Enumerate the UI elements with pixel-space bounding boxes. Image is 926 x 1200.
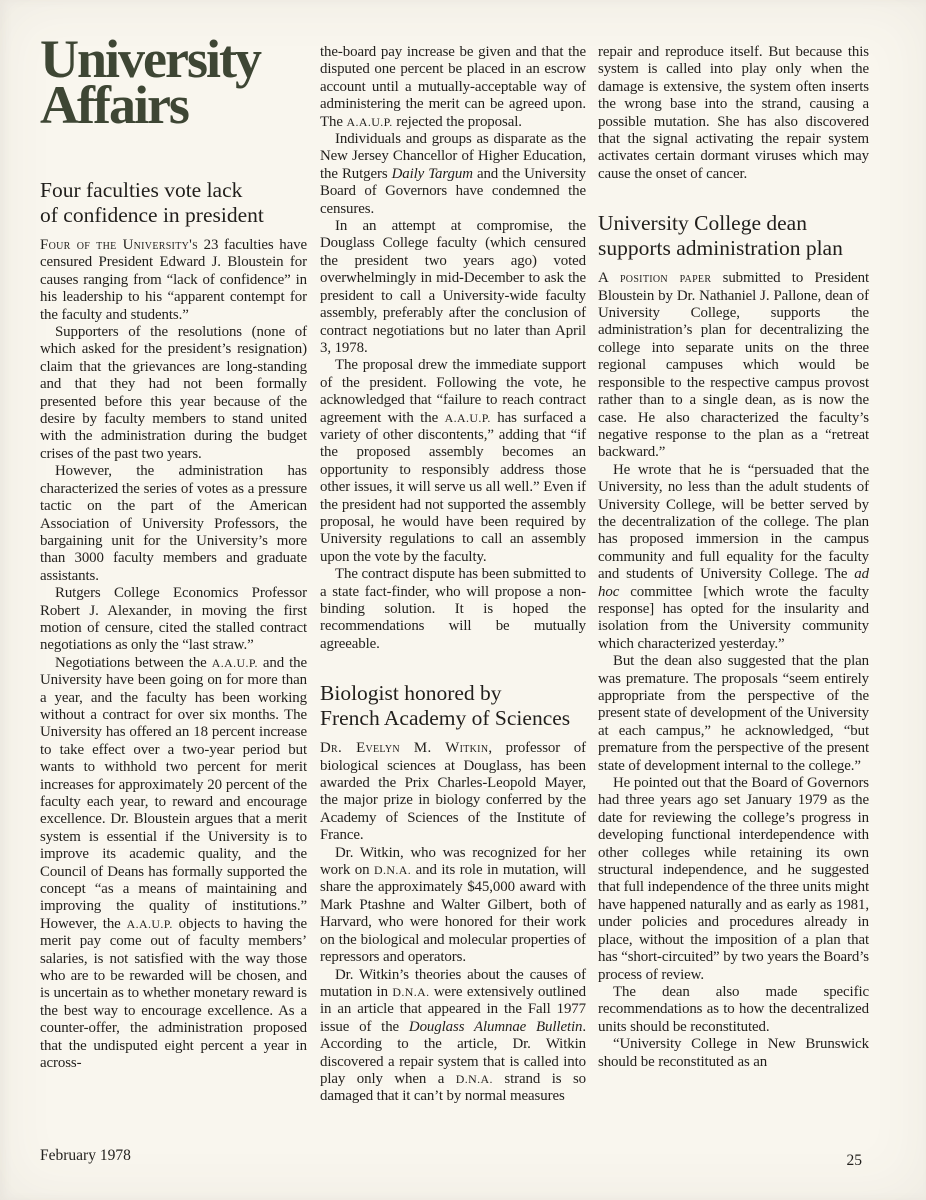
article-paragraph: Dr. Evelyn M. Witkin, professor of biolo… (320, 740, 586, 844)
footer-date: February 1978 (40, 1147, 131, 1165)
article-paragraph: Dr. Witkin’s theories about the causes o… (320, 967, 586, 1106)
article-paragraph: The proposal drew the immediate support … (320, 357, 586, 566)
article-paragraph: Rutgers College Economics Professor Robe… (40, 585, 307, 655)
column-2: the-board pay increase be given and that… (320, 44, 586, 1106)
page-number: 25 (847, 1152, 863, 1170)
magazine-page: University Affairs Four faculties vote l… (0, 0, 926, 1200)
article-paragraph: Dr. Witkin, who was recognized for her w… (320, 845, 586, 967)
article-paragraph: “University College in New Brunswick sho… (598, 1036, 869, 1071)
article-paragraph: the-board pay increase be given and that… (320, 44, 586, 131)
article-paragraph: But the dean also suggested that the pla… (598, 653, 869, 775)
article-paragraph: The dean also made specific recommendati… (598, 984, 869, 1036)
article-heading: University College deansupports administ… (598, 211, 869, 261)
column-1: Four faculties vote lackof confidence in… (40, 178, 307, 1073)
article-paragraph: repair and reproduce itself. But because… (598, 44, 869, 183)
column-3: repair and reproduce itself. But because… (598, 44, 869, 1071)
article-paragraph: However, the administration has characte… (40, 463, 307, 585)
article-heading: Biologist honored byFrench Academy of Sc… (320, 681, 586, 731)
masthead-title: University Affairs (40, 36, 260, 128)
article-paragraph: Four of the University's 23 faculties ha… (40, 237, 307, 324)
article-heading: Four faculties vote lackof confidence in… (40, 178, 307, 228)
article-paragraph: He pointed out that the Board of Governo… (598, 775, 869, 984)
article-paragraph: In an attempt at compromise, the Douglas… (320, 218, 586, 357)
article-paragraph: A position paper submitted to President … (598, 270, 869, 461)
article-paragraph: Supporters of the resolutions (none of w… (40, 324, 307, 463)
article-paragraph: Individuals and groups as disparate as t… (320, 131, 586, 218)
article-paragraph: The contract dispute has been submitted … (320, 566, 586, 653)
article-paragraph: Negotiations between the A.A.U.P. and th… (40, 655, 307, 1073)
article-paragraph: He wrote that he is “persuaded that the … (598, 462, 869, 653)
